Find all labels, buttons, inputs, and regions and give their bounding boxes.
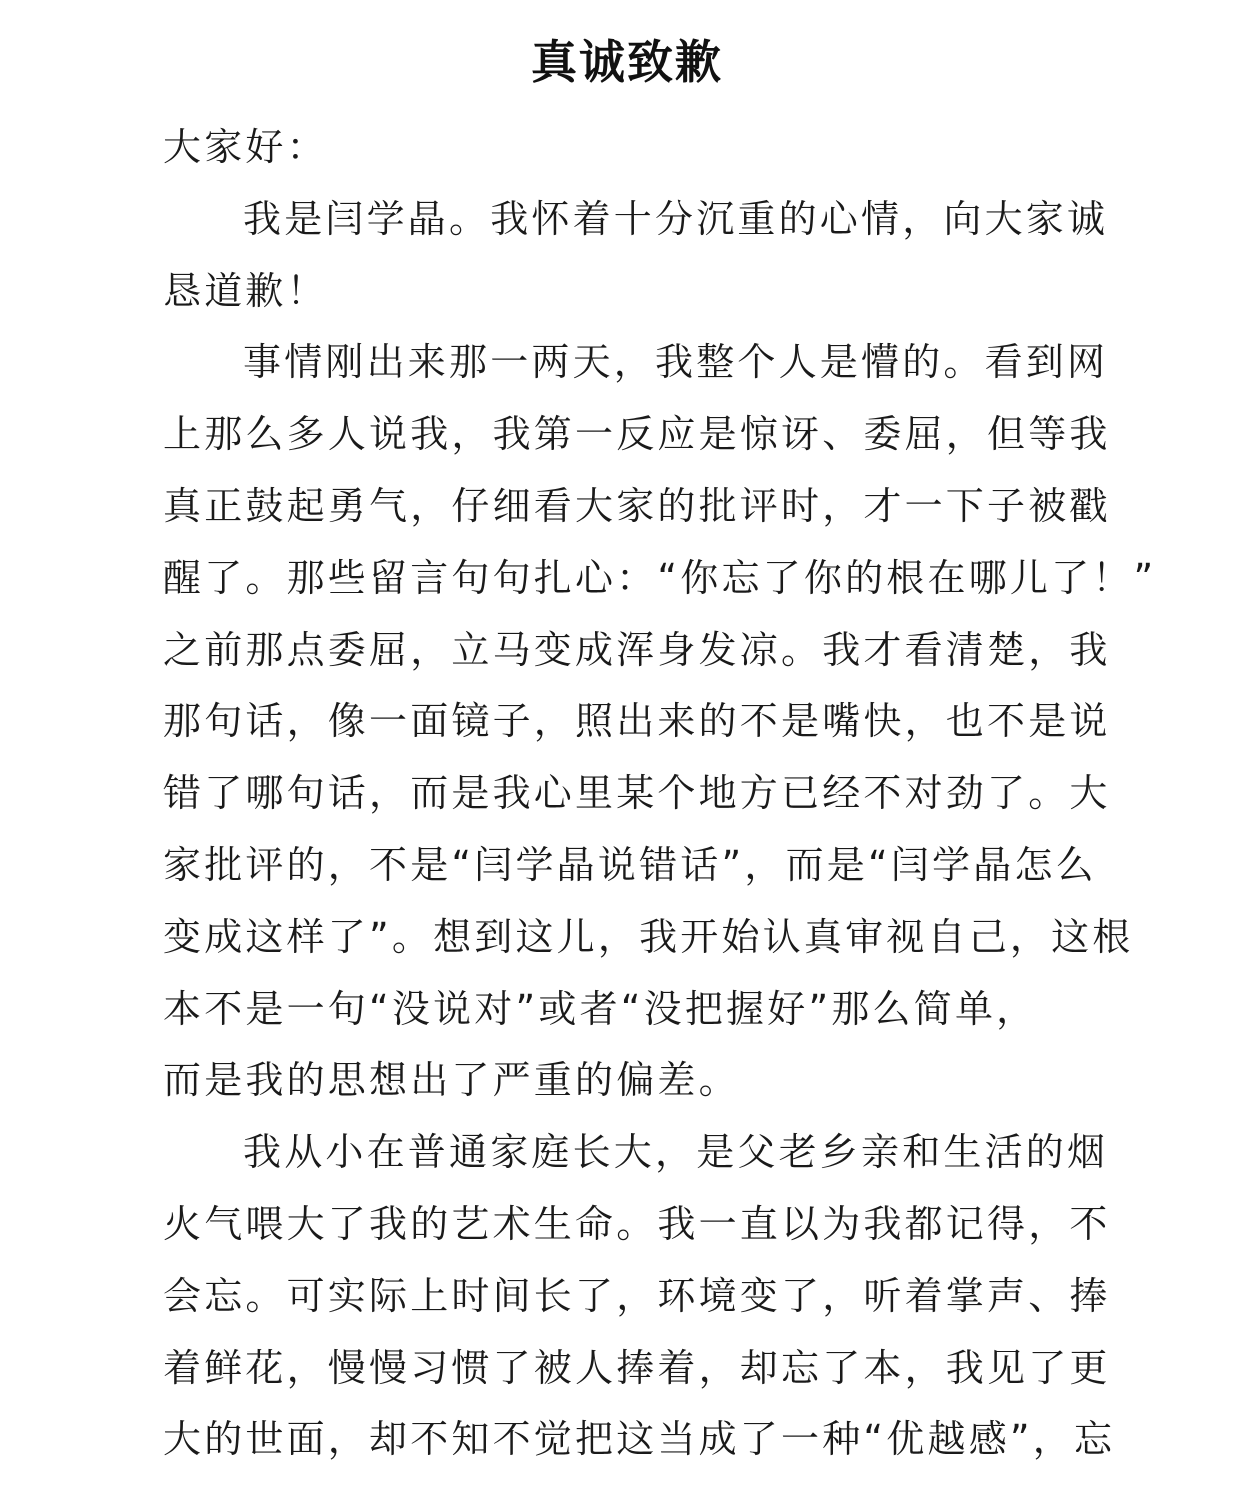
text-line: 那句话，像一面镜子，照出来的不是嘴快，也不是说 [163, 686, 1103, 758]
text-line: 大的世面，却不知不觉把这当成了一种“优越感”，忘 [163, 1404, 1103, 1476]
text-line: 醒了。那些留言句句扎心：“你忘了你的根在哪儿了！” [163, 543, 1103, 615]
text-line: 错了哪句话，而是我心里某个地方已经不对劲了。大 [163, 758, 1103, 830]
text-line: 火气喂大了我的艺术生命。我一直以为我都记得，不 [163, 1189, 1103, 1261]
paragraph-3: 我从小在普通家庭长大，是父老乡亲和生活的烟 火气喂大了我的艺术生命。我一直以为我… [163, 1117, 1103, 1476]
text-line: 事情刚出来那一两天，我整个人是懵的。看到网 [163, 327, 1103, 399]
text-line: 而是我的思想出了严重的偏差。 [163, 1045, 1103, 1117]
text-line: 本不是一句“没说对”或者“没把握好”那么简单， [163, 974, 1103, 1046]
document-body: 大家好： 我是闫学晶。我怀着十分沉重的心情，向大家诚 恳道歉！ 事情刚出来那一两… [163, 112, 1103, 1476]
text-line: 真正鼓起勇气，仔细看大家的批评时，才一下子被戳 [163, 471, 1103, 543]
text-line: 我从小在普通家庭长大，是父老乡亲和生活的烟 [163, 1117, 1103, 1189]
greeting: 大家好： [163, 112, 1103, 184]
paragraph-2: 事情刚出来那一两天，我整个人是懵的。看到网 上那么多人说我，我第一反应是惊讶、委… [163, 327, 1103, 1117]
document-page: 真诚致歉 大家好： 我是闫学晶。我怀着十分沉重的心情，向大家诚 恳道歉！ 事情刚… [0, 0, 1240, 1486]
text-line: 变成这样了”。想到这儿，我开始认真审视自己，这根 [163, 902, 1103, 974]
text-line: 上那么多人说我，我第一反应是惊讶、委屈，但等我 [163, 399, 1103, 471]
text-line: 会忘。可实际上时间长了，环境变了，听着掌声、捧 [163, 1261, 1103, 1333]
text-line: 家批评的，不是“闫学晶说错话”，而是“闫学晶怎么 [163, 830, 1103, 902]
text-line: 我是闫学晶。我怀着十分沉重的心情，向大家诚 [163, 184, 1103, 256]
text-line: 之前那点委屈，立马变成浑身发凉。我才看清楚，我 [163, 615, 1103, 687]
document-title: 真诚致歉 [0, 30, 1240, 94]
paragraph-1: 我是闫学晶。我怀着十分沉重的心情，向大家诚 恳道歉！ [163, 184, 1103, 328]
text-line: 恳道歉！ [163, 256, 1103, 328]
text-line: 着鲜花，慢慢习惯了被人捧着，却忘了本，我见了更 [163, 1333, 1103, 1405]
